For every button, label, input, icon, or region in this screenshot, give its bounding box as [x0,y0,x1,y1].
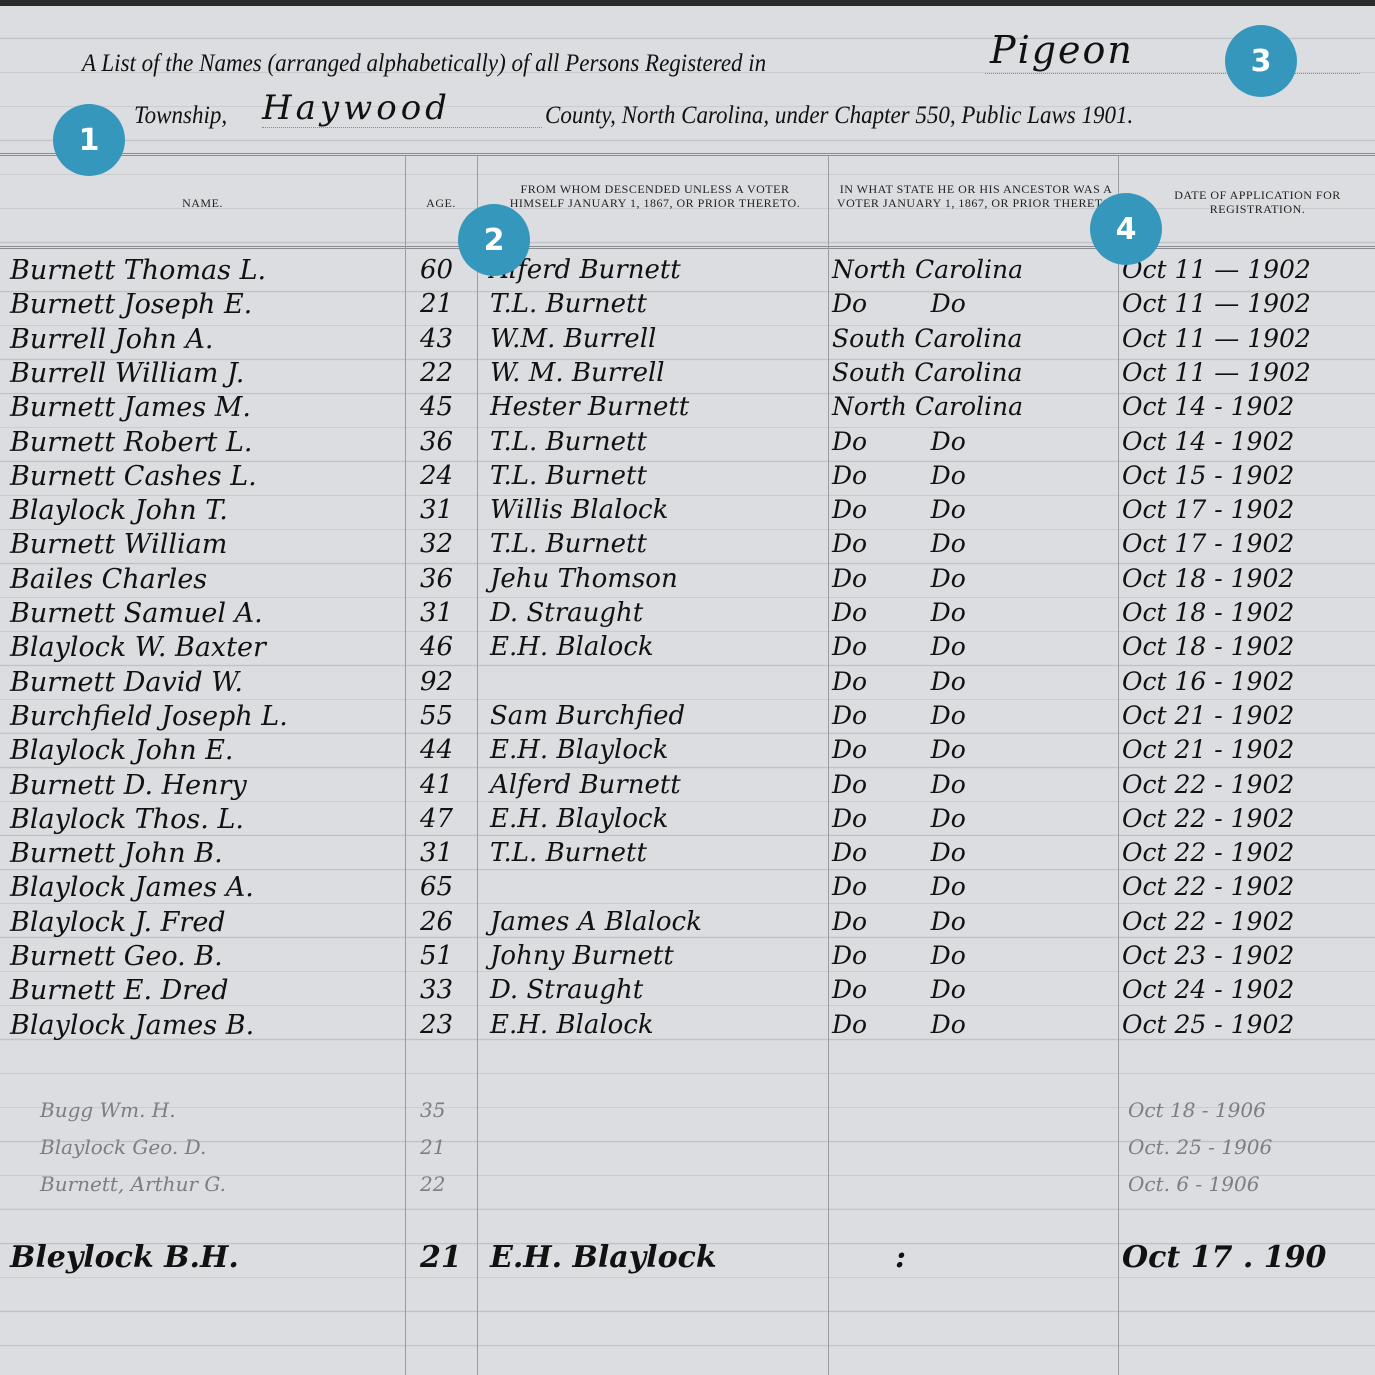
descended-cell: D. Straught [490,975,643,1005]
descended-cell: E.H. Blaylock [490,1240,717,1275]
state-cell: Do Do [832,872,966,901]
scan-edge [0,0,1375,6]
date-cell: Oct 14 - 1902 [1122,392,1294,421]
date-cell: Oct 22 - 1902 [1122,907,1294,936]
descended-cell: T.L. Burnett [490,427,647,457]
date-cell: Oct 14 - 1902 [1122,427,1294,456]
name-cell: Blaylock John T. [10,495,228,526]
township-fill-line [985,73,1360,74]
date-cell: Oct. 25 - 1906 [1128,1135,1272,1159]
age-cell: 24 [420,461,453,491]
age-cell: 31 [420,598,453,628]
descended-cell: E.H. Blalock [490,1010,654,1040]
descended-cell: Sam Burchfied [490,701,685,731]
name-cell: Burnett Samuel A. [10,598,263,629]
header-rule-bottom [0,246,1375,249]
name-cell: Burchfield Joseph L. [10,701,288,732]
age-cell: 45 [420,392,453,422]
state-cell: : [895,1240,906,1275]
annotation-badge-4: 4 [1090,193,1162,265]
age-cell: 21 [420,1240,462,1275]
header-rule-top [0,153,1375,156]
table-row: Burrell William J.22W. M. BurrellSouth C… [0,358,1375,392]
state-cell: Do Do [832,770,966,799]
state-cell: Do Do [832,632,966,661]
descended-cell: T.L. Burnett [490,838,647,868]
descended-cell: T.L. Burnett [490,529,647,559]
name-cell: Burnett Joseph E. [10,289,252,320]
state-cell: Do Do [832,941,966,970]
age-cell: 41 [420,770,453,800]
county-value: Haywood [262,88,451,128]
ledger-page: A List of the Names (arranged alphabetic… [0,0,1375,1375]
age-cell: 65 [420,872,453,902]
descended-cell: E.H. Blalock [490,632,654,662]
table-row: Burnett, Arthur G.22Oct. 6 - 1906 [0,1172,1375,1206]
table-row: Burnett Thomas L.60Alferd BurnettNorth C… [0,255,1375,289]
name-cell: Bleylock B.H. [10,1240,239,1275]
descended-cell: Jehu Thomson [490,564,678,594]
state-cell: North Carolina [832,255,1023,284]
date-cell: Oct 15 - 1902 [1122,461,1294,490]
column-header-name: NAME. [0,196,405,210]
column-header-descended: FROM WHOM DESCENDED UNLESS A VOTER HIMSE… [500,182,810,210]
name-cell: Blaylock Geo. D. [40,1135,206,1159]
table-row: Blaylock James B.23E.H. BlalockDo DoOct … [0,1010,1375,1044]
age-cell: 60 [420,255,453,285]
age-cell: 33 [420,975,453,1005]
table-row: Blaylock John T.31Willis BlalockDo DoOct… [0,495,1375,529]
table-row: Burnett D. Henry41Alferd BurnettDo DoOct… [0,770,1375,804]
date-cell: Oct 22 - 1902 [1122,872,1294,901]
annotation-badge-1: 1 [53,104,125,176]
state-cell: Do Do [832,529,966,558]
date-cell: Oct 11 — 1902 [1122,255,1311,284]
state-cell: Do Do [832,461,966,490]
descended-cell: Johny Burnett [490,941,674,971]
date-cell: Oct 18 - 1906 [1128,1098,1266,1122]
date-cell: Oct 17 - 1902 [1122,495,1294,524]
descended-cell: Hester Burnett [490,392,689,422]
name-cell: Burnett D. Henry [10,770,247,801]
name-cell: Blaylock Thos. L. [10,804,244,835]
state-cell: Do Do [832,289,966,318]
table-row: Burnett James M.45Hester BurnettNorth Ca… [0,392,1375,426]
descended-cell: Willis Blalock [490,495,668,525]
state-cell: Do Do [832,564,966,593]
name-cell: Burnett John B. [10,838,223,869]
date-cell: Oct 22 - 1902 [1122,838,1294,867]
state-cell: North Carolina [832,392,1023,421]
descended-cell: James A Blalock [490,907,702,937]
state-cell: Do Do [832,907,966,936]
date-cell: Oct 22 - 1902 [1122,804,1294,833]
name-cell: Burnett E. Dred [10,975,228,1006]
age-cell: 22 [420,1172,445,1196]
age-cell: 51 [420,941,453,971]
table-row: Burnett David W.92Do DoOct 16 - 1902 [0,667,1375,701]
table-row: Burnett John B.31T.L. BurnettDo DoOct 22… [0,838,1375,872]
age-cell: 92 [420,667,453,697]
age-cell: 26 [420,907,453,937]
table-row: Blaylock James A.65Do DoOct 22 - 1902 [0,872,1375,906]
descended-cell: W. M. Burrell [490,358,665,388]
table-row: Blaylock Geo. D.21Oct. 25 - 1906 [0,1135,1375,1169]
descended-cell: W.M. Burrell [490,324,656,354]
column-header-date: DATE OF APPLICATION FOR REGISTRATION. [1140,188,1375,216]
table-row: Blaylock J. Fred26James A BlalockDo DoOc… [0,907,1375,941]
date-cell: Oct 21 - 1902 [1122,735,1294,764]
age-cell: 35 [420,1098,445,1122]
age-cell: 47 [420,804,453,834]
table-row: Burrell John A.43W.M. BurrellSouth Carol… [0,324,1375,358]
annotation-badge-2: 2 [458,204,530,276]
table-row: Blaylock W. Baxter46E.H. BlalockDo DoOct… [0,632,1375,666]
state-cell: Do Do [832,1010,966,1039]
age-cell: 22 [420,358,453,388]
table-row: Burnett Joseph E.21T.L. BurnettDo DoOct … [0,289,1375,323]
descended-cell: T.L. Burnett [490,289,647,319]
name-cell: Blaylock John E. [10,735,234,766]
table-row: Burnett Robert L.36T.L. BurnettDo DoOct … [0,427,1375,461]
name-cell: Burnett David W. [10,667,243,698]
name-cell: Burnett James M. [10,392,251,423]
date-cell: Oct 23 - 1902 [1122,941,1294,970]
table-row: Burnett Cashes L.24T.L. BurnettDo DoOct … [0,461,1375,495]
age-cell: 32 [420,529,453,559]
date-cell: Oct 22 - 1902 [1122,770,1294,799]
annotation-badge-3: 3 [1225,25,1297,97]
descended-cell: E.H. Blaylock [490,735,668,765]
name-cell: Bugg Wm. H. [40,1098,176,1122]
date-cell: Oct 11 — 1902 [1122,324,1311,353]
state-cell: South Carolina [832,324,1022,353]
title-line-2-prefix: Township, [134,102,227,130]
table-row: Burchfield Joseph L.55Sam BurchfiedDo Do… [0,701,1375,735]
title-line-1: A List of the Names (arranged alphabetic… [82,50,766,78]
name-cell: Burnett William [10,529,227,560]
table-row: Burnett Geo. B.51Johny BurnettDo DoOct 2… [0,941,1375,975]
descended-cell: T.L. Burnett [490,461,647,491]
table-row: Burnett Samuel A.31D. StraughtDo DoOct 1… [0,598,1375,632]
name-cell: Burnett Thomas L. [10,255,266,286]
age-cell: 31 [420,838,453,868]
name-cell: Burnett, Arthur G. [40,1172,226,1196]
name-cell: Burrell John A. [10,324,213,355]
table-row: Burnett E. Dred33D. StraughtDo DoOct 24 … [0,975,1375,1009]
age-cell: 31 [420,495,453,525]
age-cell: 36 [420,564,453,594]
name-cell: Burrell William J. [10,358,244,389]
age-cell: 46 [420,632,453,662]
column-header-age: AGE. [405,196,477,210]
table-row: Bugg Wm. H.35Oct 18 - 1906 [0,1098,1375,1132]
date-cell: Oct 25 - 1902 [1122,1010,1294,1039]
age-cell: 36 [420,427,453,457]
date-cell: Oct 17 . 190 [1122,1240,1326,1275]
age-cell: 43 [420,324,453,354]
state-cell: Do Do [832,975,966,1004]
state-cell: Do Do [832,598,966,627]
name-cell: Burnett Geo. B. [10,941,223,972]
age-cell: 44 [420,735,453,765]
date-cell: Oct 21 - 1902 [1122,701,1294,730]
table-row: Blaylock John E.44E.H. BlaylockDo DoOct … [0,735,1375,769]
date-cell: Oct 17 - 1902 [1122,529,1294,558]
descended-cell: D. Straught [490,598,643,628]
date-cell: Oct 18 - 1902 [1122,598,1294,627]
table-row: Bailes Charles36Jehu ThomsonDo DoOct 18 … [0,564,1375,598]
state-cell: South Carolina [832,358,1022,387]
date-cell: Oct 11 — 1902 [1122,358,1311,387]
state-cell: Do Do [832,495,966,524]
state-cell: Do Do [832,804,966,833]
name-cell: Blaylock W. Baxter [10,632,266,663]
state-cell: Do Do [832,667,966,696]
date-cell: Oct 18 - 1902 [1122,632,1294,661]
name-cell: Blaylock J. Fred [10,907,226,938]
age-cell: 21 [420,1135,445,1159]
column-header-state: IN WHAT STATE HE OR HIS ANCESTOR WAS A V… [836,182,1116,210]
descended-cell: E.H. Blaylock [490,804,668,834]
name-cell: Burnett Cashes L. [10,461,257,492]
table-row: Blaylock Thos. L.47E.H. BlaylockDo DoOct… [0,804,1375,838]
date-cell: Oct 16 - 1902 [1122,667,1294,696]
name-cell: Blaylock James A. [10,872,254,903]
date-cell: Oct 11 — 1902 [1122,289,1311,318]
state-cell: Do Do [832,427,966,456]
date-cell: Oct 18 - 1902 [1122,564,1294,593]
age-cell: 23 [420,1010,453,1040]
name-cell: Burnett Robert L. [10,427,253,458]
age-cell: 55 [420,701,453,731]
name-cell: Blaylock James B. [10,1010,254,1041]
state-cell: Do Do [832,838,966,867]
township-value: Pigeon [990,28,1134,72]
date-cell: Oct 24 - 1902 [1122,975,1294,1004]
age-cell: 21 [420,289,453,319]
name-cell: Bailes Charles [10,564,207,595]
state-cell: Do Do [832,701,966,730]
date-cell: Oct. 6 - 1906 [1128,1172,1259,1196]
final-row: Bleylock B.H. 21 E.H. Blaylock : Oct 17 … [0,1240,1375,1274]
descended-cell: Alferd Burnett [490,770,681,800]
title-line-2-suffix: County, North Carolina, under Chapter 55… [545,102,1133,130]
table-row: Burnett William32T.L. BurnettDo DoOct 17… [0,529,1375,563]
state-cell: Do Do [832,735,966,764]
